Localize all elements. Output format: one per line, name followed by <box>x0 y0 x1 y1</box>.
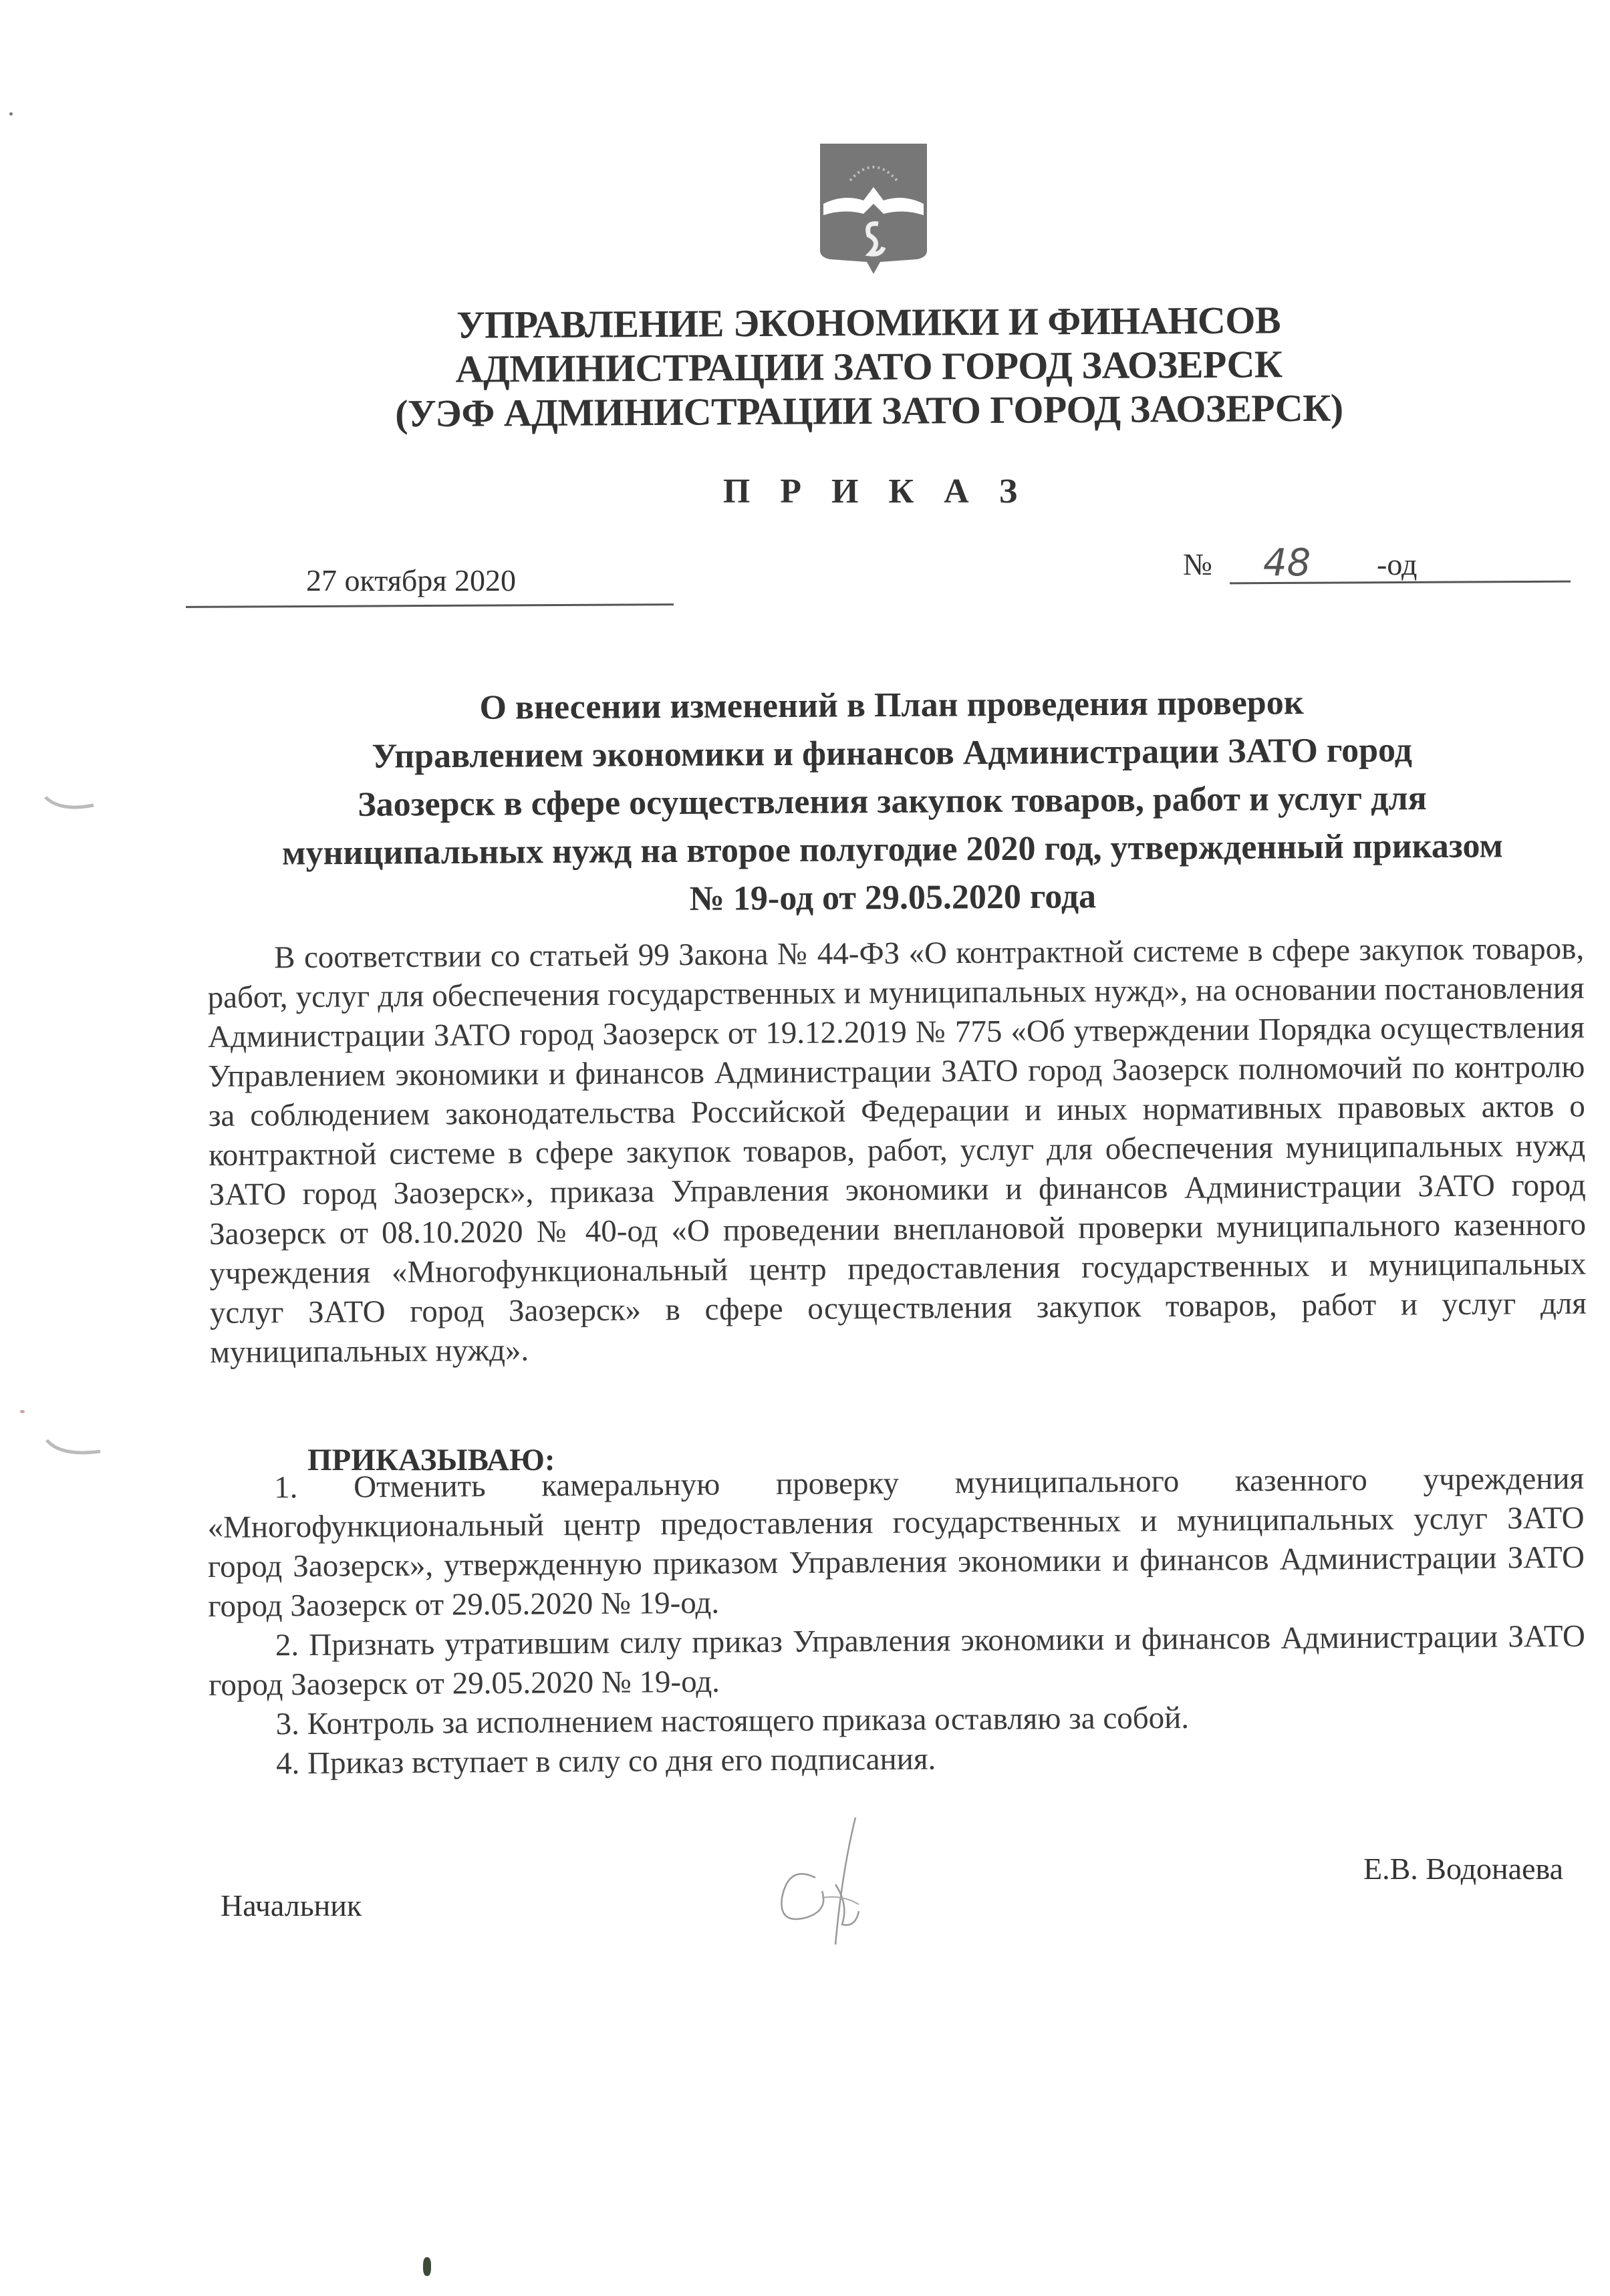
number-sign: № <box>1183 547 1212 582</box>
scan-speck <box>423 2257 431 2276</box>
subject-line: Управлением экономики и финансов Админис… <box>193 726 1590 782</box>
coat-of-arms-icon <box>817 140 930 274</box>
signature-block: Начальник Е.В. Водонаева <box>0 1824 1610 1958</box>
header-line-1: УПРАВЛЕНИЕ ЭКОНОМИКИ И ФИНАНСОВ <box>374 297 1363 347</box>
order-item-2: 2. Признать утратившим силу приказ Управ… <box>209 1617 1586 1705</box>
scan-speck <box>9 112 13 116</box>
number-field: № 48 -од <box>1183 547 1571 595</box>
handwritten-signature-icon <box>742 1811 902 1965</box>
subject-line: О внесении изменений в План проведения п… <box>193 678 1590 734</box>
order-items: 1. Отменить камеральную проверку муницип… <box>207 1459 1586 1784</box>
preamble-paragraph: В соответствии со статьей 99 Закона № 44… <box>207 929 1587 1373</box>
number-suffix: -од <box>1377 547 1417 582</box>
signatory-position: Начальник <box>221 1888 362 1923</box>
punch-hole-mark-icon <box>40 792 107 819</box>
order-item-1: 1. Отменить камеральную проверку муницип… <box>207 1459 1585 1626</box>
punch-hole-mark-icon <box>40 1437 107 1463</box>
document-number: 48 <box>1263 541 1311 585</box>
date-underline <box>186 603 674 608</box>
document-date: 27 октября 2020 <box>306 563 516 598</box>
scan-speck <box>20 1410 25 1413</box>
document-type: П Р И К А З <box>702 472 1049 511</box>
organization-header: УПРАВЛЕНИЕ ЭКОНОМИКИ И ФИНАНСОВ АДМИНИСТ… <box>374 297 1363 436</box>
header-line-3: (УЭФ АДМИНИСТРАЦИИ ЗАТО ГОРОД ЗАОЗЕРСК) <box>374 386 1363 436</box>
date-field: 27 октября 2020 <box>186 560 674 607</box>
document-subject: О внесении изменений в План проведения п… <box>193 678 1591 927</box>
signatory-name: Е.В. Водонаева <box>1363 1851 1563 1886</box>
document-page: УПРАВЛЕНИЕ ЭКОНОМИКИ И ФИНАНСОВ АДМИНИСТ… <box>0 0 1610 2296</box>
subject-line: № 19-од от 29.05.2020 года <box>194 870 1591 927</box>
preamble: В соответствии со статьей 99 Закона № 44… <box>207 929 1587 1373</box>
subject-line: Заозерск в сфере осуществления закупок т… <box>194 774 1591 831</box>
subject-line: муниципальных нужд на второе полугодие 2… <box>194 822 1591 879</box>
header-line-2: АДМИНИСТРАЦИИ ЗАТО ГОРОД ЗАОЗЕРСК <box>374 341 1363 392</box>
